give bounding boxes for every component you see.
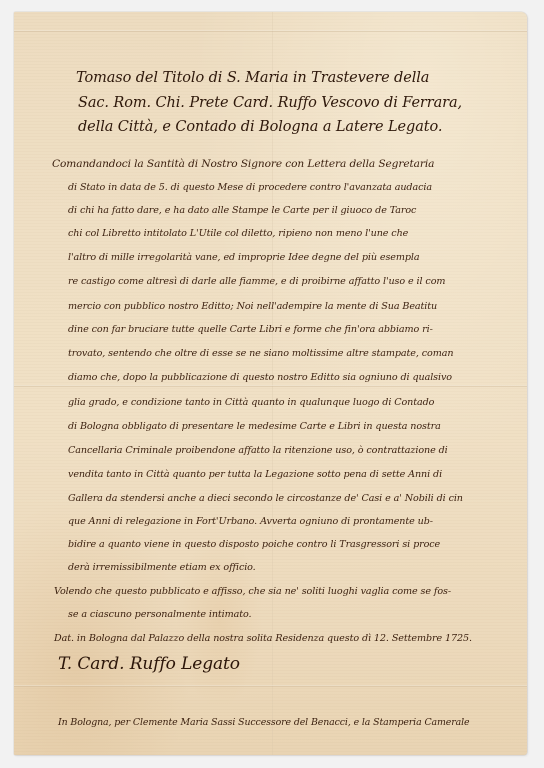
horizontal-fold-line-top	[14, 30, 527, 32]
body-line-11: glia grado, e condizione tanto in Città …	[68, 392, 434, 414]
body-line-12: di Bologna obbligato di presentare le me…	[68, 416, 441, 438]
body-line-18: derà irremissibilmente etiam ex officio.	[68, 557, 256, 579]
body-line-7: mercio con pubblico nostro Editto; Noi n…	[68, 296, 437, 318]
horizontal-fold-line-bottom	[14, 685, 527, 687]
manuscript-page: Tomaso del Titolo di S. Maria in Trastev…	[14, 12, 527, 755]
body-line-16: que Anni di relegazione in Fort'Urbano. …	[68, 511, 433, 533]
body-line-4: chi col Libretto intitolato L'Utile col …	[68, 223, 408, 245]
dated-line: Dat. in Bologna dal Palazzo della nostra…	[54, 633, 472, 644]
body-line-2: di Stato in data de 5. di questo Mese di…	[68, 177, 432, 199]
body-line-19: Volendo che questo pubblicato e affisso,…	[54, 581, 451, 603]
body-line-17: bidire a quanto viene in questo disposto…	[68, 534, 440, 556]
heading-line-2: Sac. Rom. Chi. Prete Card. Ruffo Vescovo…	[78, 90, 462, 116]
body-line-20: se a ciascuno personalmente intimato.	[68, 604, 251, 626]
printer-imprint: In Bologna, per Clemente Maria Sassi Suc…	[58, 717, 469, 728]
body-line-3: di chi ha fatto dare, e ha dato alle Sta…	[68, 200, 416, 222]
body-line-9: trovato, sentendo che oltre di esse se n…	[68, 343, 453, 365]
document-viewer: Tomaso del Titolo di S. Maria in Trastev…	[0, 0, 544, 768]
heading-line-1: Tomaso del Titolo di S. Maria in Trastev…	[76, 65, 429, 91]
body-line-13: Cancellaria Criminale proibendone affatt…	[68, 440, 448, 462]
body-line-14: vendita tanto in Città quanto per tutta …	[68, 464, 442, 486]
body-line-1: Comandandoci la Santità di Nostro Signor…	[52, 153, 434, 175]
body-line-15: Gallera da stendersi anche a dieci secon…	[68, 488, 463, 510]
signature: T. Card. Ruffo Legato	[58, 654, 240, 674]
heading-line-3: della Città, e Contado di Bologna a Late…	[78, 114, 442, 140]
body-line-5: l'altro di mille irregolarità vane, ed i…	[68, 247, 420, 269]
body-line-10: diamo che, dopo la pubblicazione di ques…	[68, 367, 452, 389]
body-line-4-text: chi col Libretto intitolato L'Utile col …	[68, 228, 408, 239]
body-line-6: re castigo come altresì di darle alle fi…	[68, 271, 445, 293]
body-line-8: dine con far bruciare tutte quelle Carte…	[68, 319, 433, 341]
